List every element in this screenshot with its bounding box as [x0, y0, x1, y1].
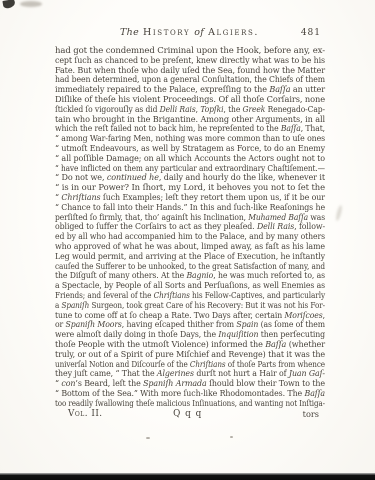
text-line: the Diſguſt of many others. At the Bagni… — [55, 270, 325, 280]
text-line: ſtickled ſo vigorouſly as did Delli Rais… — [55, 104, 325, 114]
text-line: immediately repaired to the Palace, expr… — [55, 84, 325, 94]
text-line: ed by all who had accompanied him to the… — [55, 231, 325, 241]
text-line: “ con’s Beard, leſt the Spaniſh Armada ſ… — [55, 378, 325, 388]
text-line: Friends; and ſeveral of the Chriſtians h… — [55, 290, 325, 300]
text-line: tain who brought in the Brigantine. Amon… — [55, 114, 325, 124]
text-line: obliged to ſuffer the Corſairs to act as… — [55, 221, 325, 231]
text-line: a Spectacle, by People of all Sorts and … — [55, 280, 325, 290]
text-line: “ Chance to fall into their Hands.” In t… — [55, 202, 325, 212]
page-title: The History of Algiers. — [55, 27, 325, 38]
text-line: “ have inflicted on them any particular … — [55, 163, 325, 173]
text-line: who approved of what he was about, limpe… — [55, 241, 325, 251]
text-line: Leg would permit, and arriving at the Pl… — [55, 251, 325, 261]
text-line: “ Bottom of the Sea.” With more ſuch-lik… — [55, 388, 325, 398]
text-line: “ Do not we, continued he, daily and hou… — [55, 172, 325, 182]
text-line: which the reſt failed not to back him, h… — [55, 123, 325, 133]
title-word-history: History — [143, 27, 190, 38]
text-line: “ all poſſible Damage; on all which Acco… — [55, 153, 325, 163]
text-line: cauſed the Sufferer to be unhooked, to t… — [55, 261, 325, 271]
text-line: a Spaniſh Surgeon, took great Care of hi… — [55, 300, 325, 310]
text-line: “ utmoſt Endeavours, as well by Stratage… — [55, 143, 325, 153]
body-text: had got the condemned Criminal upon the … — [55, 45, 325, 407]
text-line: too readily ſwallowing theſe malicious I… — [55, 398, 325, 408]
text-line: “ among War-faring Men, nothing was more… — [55, 133, 325, 143]
volume-label: Vol. II. — [68, 409, 103, 419]
page-number: 481 — [301, 28, 321, 38]
text-line: Fate. But when thoſe who daily uſed the … — [55, 65, 325, 75]
text-line: tune to come off at ſo cheap a Rate. Two… — [55, 310, 325, 320]
scan-speck — [146, 437, 150, 439]
catchword: tors — [303, 409, 319, 419]
title-word-algiers: Algiers. — [208, 27, 259, 38]
text-line: univerſal Notion and Diſcourſe of the Ch… — [55, 359, 325, 369]
title-word-of: of — [194, 27, 204, 38]
text-line: or Spaniſh Moors, having eſcaped thither… — [55, 319, 325, 329]
scan-artifact-top-left-dark — [2, 0, 15, 9]
text-line: had got the condemned Criminal upon the … — [55, 45, 325, 55]
text-line: perſiſted ſo firmly, that, tho’ againſt … — [55, 212, 325, 222]
page-footer: Vol. II. Q q q tors — [55, 409, 325, 421]
text-line: “ Chriſtians ſuch Examples; leſt they re… — [55, 192, 325, 202]
text-line: thoſe People with the utmoſt Violence) i… — [55, 339, 325, 349]
text-line: truly, or out of a Spirit of pure Miſchi… — [55, 349, 325, 359]
running-header: The History of Algiers. 481 — [55, 27, 325, 40]
title-word-the: The — [120, 27, 139, 38]
scan-speck — [230, 436, 233, 438]
scan-edge-bottom — [0, 473, 375, 480]
text-line: Diſlike of theſe his violent Proceedings… — [55, 94, 325, 104]
signature-mark: Q q q — [173, 409, 202, 419]
text-line: were almoſt daily doing in thoſe Days, t… — [55, 329, 325, 339]
scan-artifact-top-left-smudge — [20, 1, 42, 7]
text-block: The History of Algiers. 481 had got the … — [55, 27, 325, 421]
text-line: “ is in our Power? In ſhort, my Lord, it… — [55, 182, 325, 192]
text-line: cept ſuch as chanced to be preſent, knew… — [55, 55, 325, 65]
text-line: they juſt came, “ That the Algerines dur… — [55, 368, 325, 378]
scan-smudge-right — [335, 205, 343, 221]
book-page-scan: The History of Algiers. 481 had got the … — [0, 0, 375, 480]
text-line: had been determined, upon a general Conſ… — [55, 74, 325, 84]
